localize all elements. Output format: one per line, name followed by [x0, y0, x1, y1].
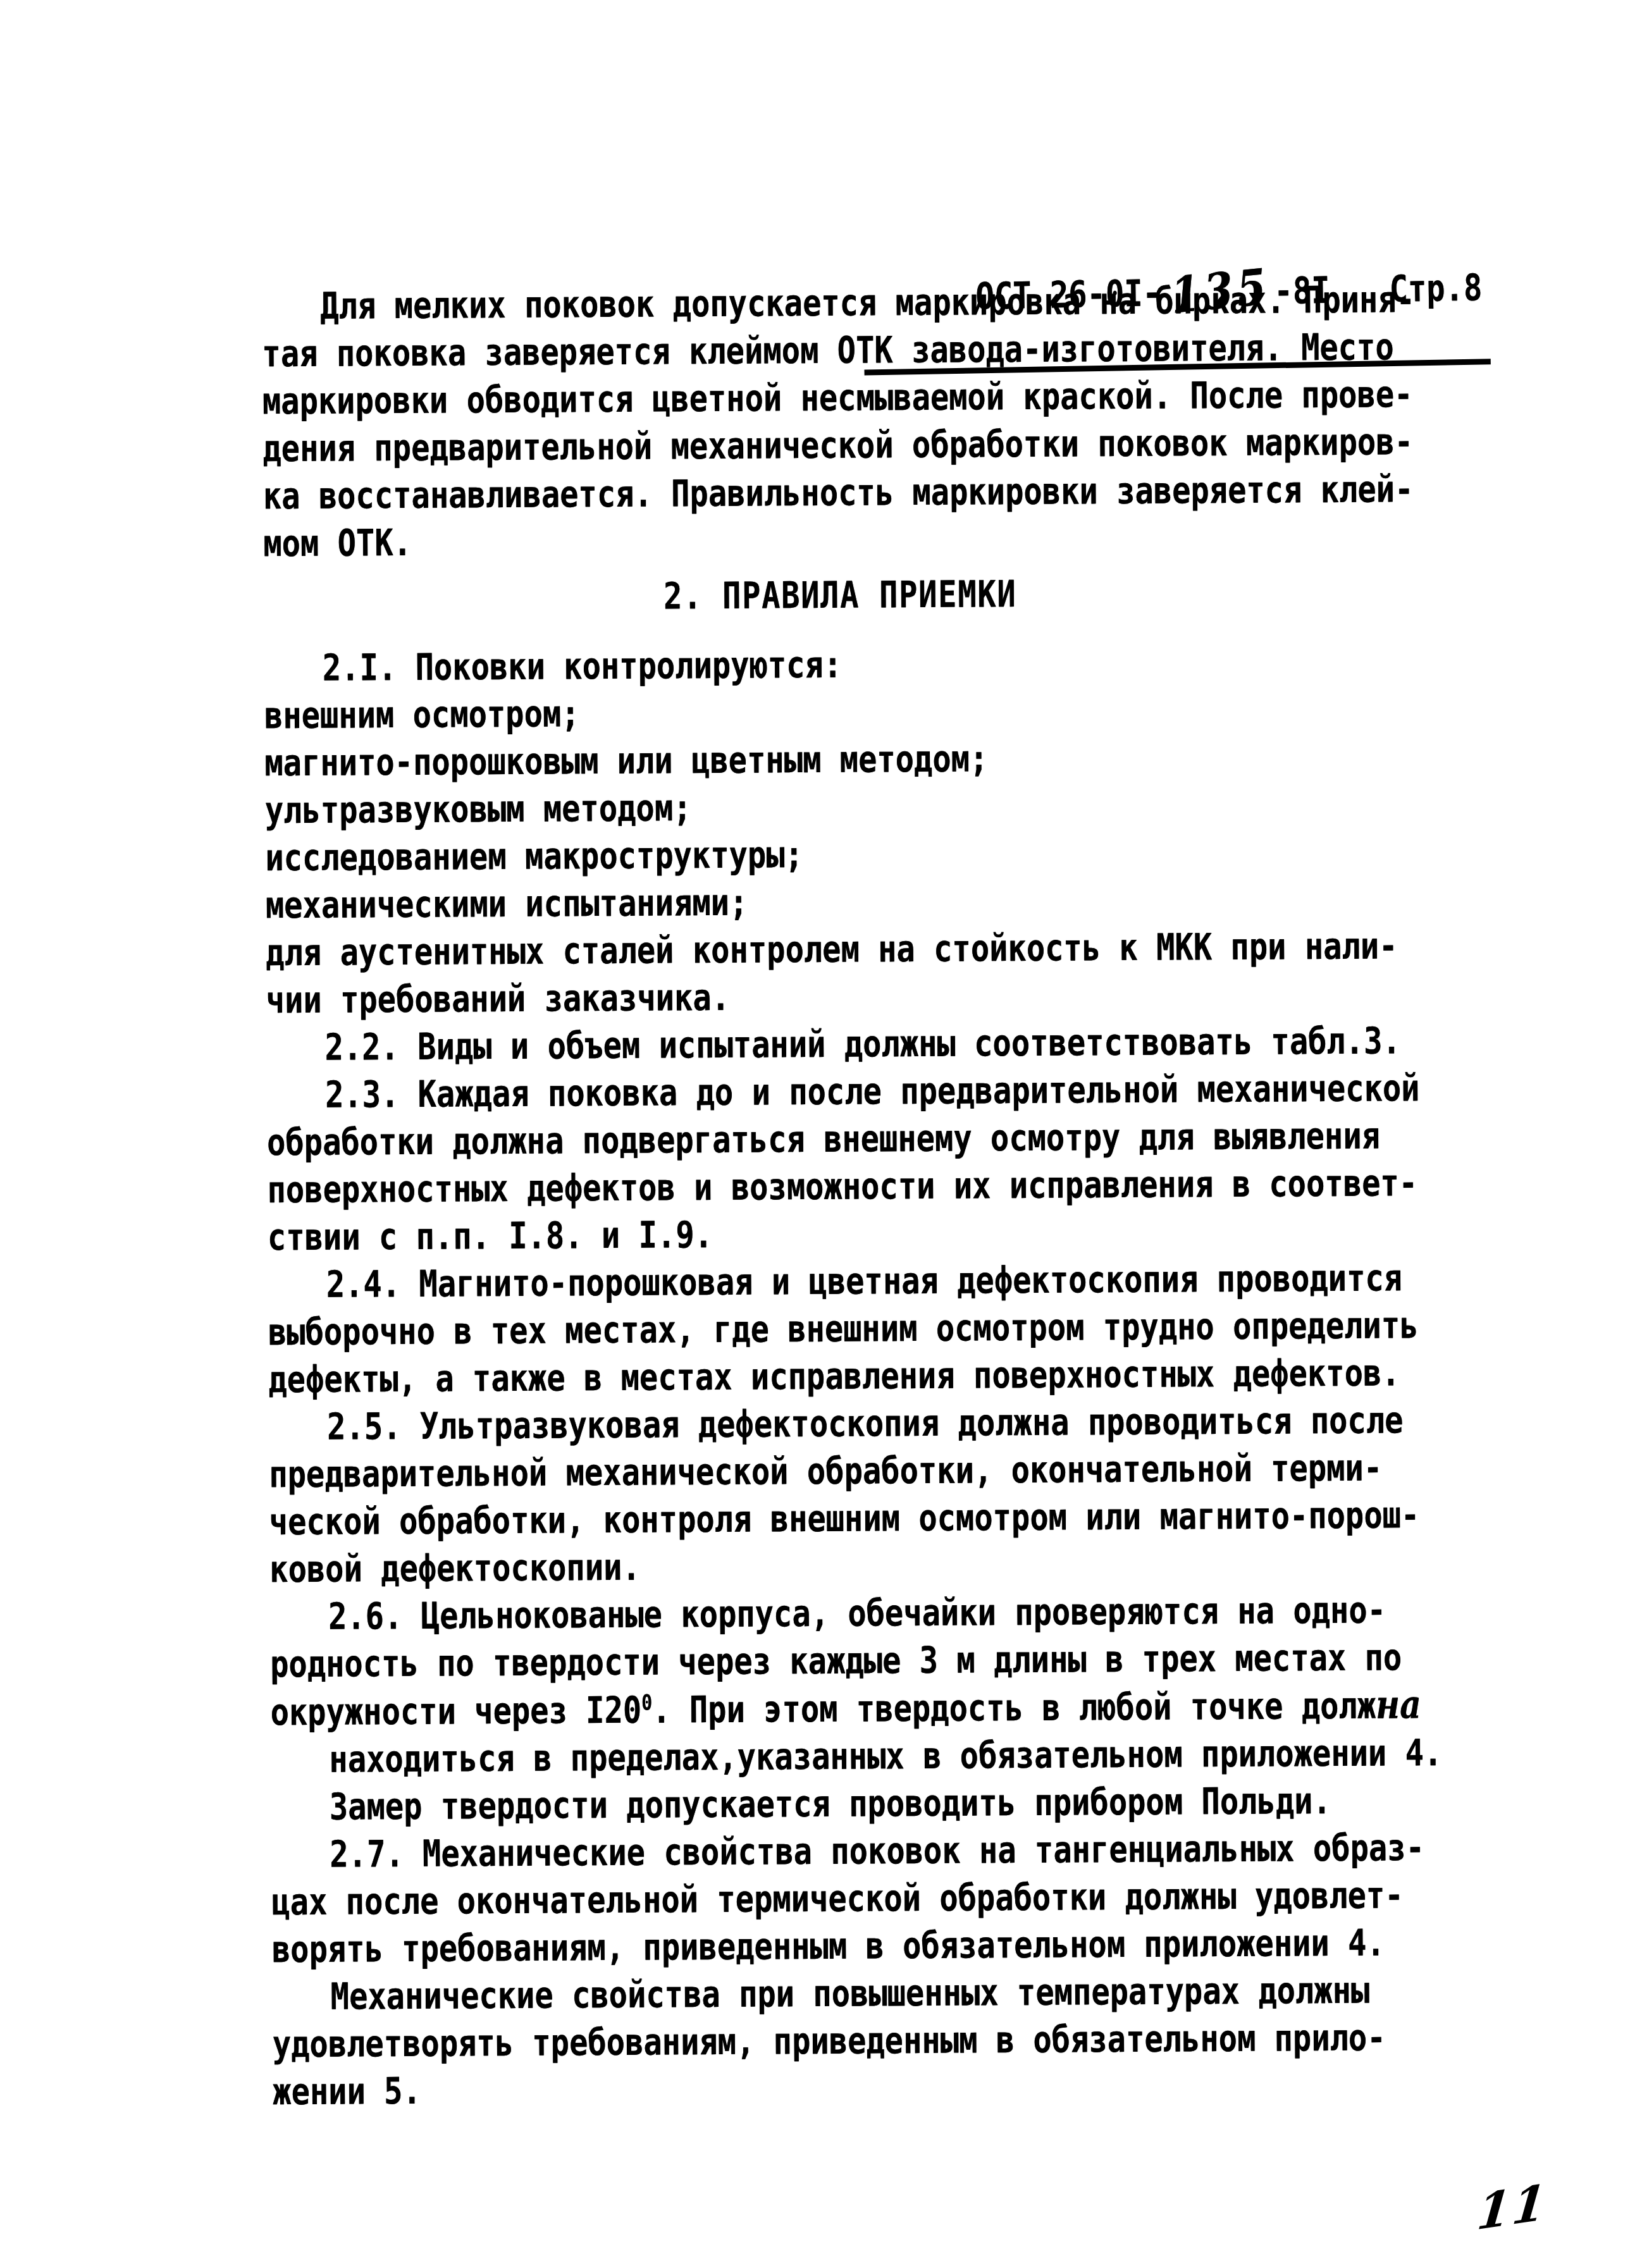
text-line: Замер твердости допускается проводить пр… — [271, 1777, 1424, 1831]
text-line: жении 5. — [273, 2061, 1426, 2116]
text-line: ворять требованиям, приведенным в обязат… — [272, 1919, 1425, 1973]
text-line: для аустенитных сталей контролем на стой… — [266, 922, 1419, 977]
text-line: ультразвуковым методом; — [265, 780, 1418, 834]
superscript-degree: 0 — [641, 1690, 652, 1715]
text-line: предварительной механической обработки, … — [269, 1444, 1422, 1498]
text-line: исследованием макроструктуры; — [265, 827, 1418, 882]
text-line: 2.I. Поковки контролируются: — [264, 638, 1417, 692]
text-line: выборочно в тех местах, где внешним осмо… — [268, 1302, 1421, 1356]
text-line: Механические свойства при повышенных тем… — [272, 1966, 1425, 2021]
text-line: ка восстанавливается. Правильность марки… — [263, 465, 1416, 520]
section-heading: 2. ПРАВИЛА ПРИЕМКИ — [264, 568, 1417, 622]
text-line: удовлетворять требованиям, приведенным в… — [273, 2014, 1426, 2068]
document-body: Для мелких поковок допускается маркировк… — [262, 276, 1426, 2116]
text-line: внешним осмотром; — [264, 685, 1417, 739]
text-line: 2.6. Цельнокованые корпуса, обечайки про… — [269, 1586, 1423, 1641]
text-line: 2.4. Магнито-порошковая и цветная дефект… — [268, 1254, 1421, 1309]
text-line: мом ОТК. — [263, 513, 1416, 567]
text-line: ческой обработки, контроля внешним осмот… — [269, 1491, 1423, 1546]
text-segment: . При этом твердость в любой точке долж — [652, 1684, 1376, 1732]
text-line: 2.3. Каждая поковка до и после предварит… — [266, 1064, 1419, 1119]
handwritten-correction: на — [1376, 1681, 1421, 1727]
text-line: родность по твердости через каждые 3 м д… — [270, 1634, 1423, 1688]
text-line: чии требований заказчика. — [266, 970, 1419, 1024]
text-line: 2.2. Виды и объем испытаний должны соотв… — [266, 1017, 1419, 1071]
text-line: обработки должна подвергаться внешнему о… — [267, 1112, 1420, 1166]
handwritten-page-number: 11 — [1474, 2173, 1550, 2241]
text-line: маркировки обводится цветной несмываемой… — [262, 371, 1416, 425]
text-line: 2.7. Механические свойства поковок на та… — [271, 1824, 1424, 1878]
document-sheet: ОСТ 26-0I-135-8IСтр.8 Для мелких поковок… — [0, 0, 1642, 2268]
text-line: находиться в пределах,указанных в обязат… — [271, 1729, 1424, 1784]
text-line: магнито-порошковым или цветным методом; — [264, 732, 1417, 787]
text-line: ствии с п.п. I.8. и I.9. — [268, 1207, 1421, 1261]
scanned-document-page: ОСТ 26-0I-135-8IСтр.8 Для мелких поковок… — [0, 0, 1642, 2268]
text-line: окружности через I200. При этом твердост… — [270, 1681, 1423, 1736]
text-line: ковой дефектоскопии. — [269, 1539, 1423, 1593]
text-line: поверхностных дефектов и возможности их … — [267, 1159, 1420, 1214]
text-line: тая поковка заверяется клеймом ОТК завод… — [262, 323, 1415, 378]
text-line: 2.5. Ультразвуковая дефектоскопия должна… — [269, 1396, 1422, 1451]
text-line: дефекты, а также в местах исправления по… — [268, 1349, 1421, 1403]
text-segment: окружности через I20 — [270, 1689, 641, 1734]
text-line: Для мелких поковок допускается маркировк… — [262, 276, 1415, 330]
text-line: цах после окончательной термической обра… — [271, 1871, 1424, 1926]
text-line: дения предварительной механической обраб… — [262, 418, 1416, 472]
text-line: механическими испытаниями; — [266, 875, 1419, 929]
